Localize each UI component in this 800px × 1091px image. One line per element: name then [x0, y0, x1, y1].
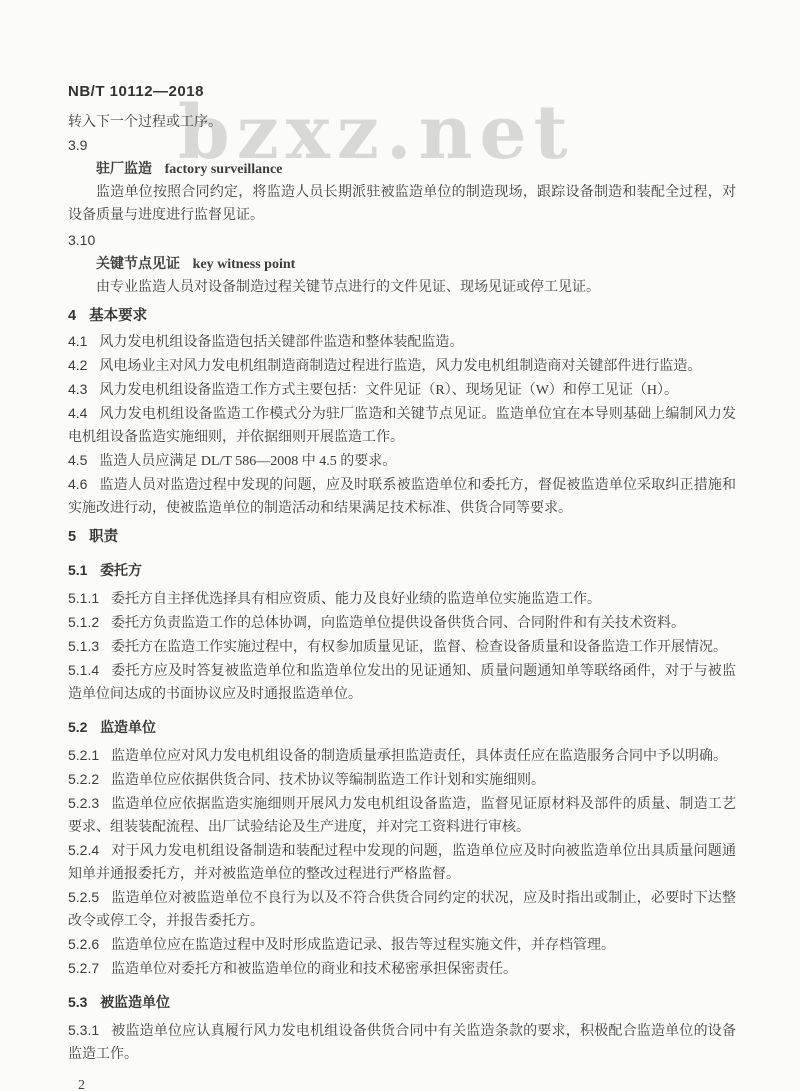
clause-number: 5.2.3	[68, 795, 99, 811]
term-number: 3.10	[68, 229, 736, 252]
clause-number: 5.1.4	[68, 662, 99, 678]
clause-5-2-6: 5.2.6监造单位应在监造过程中及时形成监造记录、报告等过程实施文件，并存档管理…	[68, 933, 736, 957]
clause-5-1-1: 5.1.1委托方自主择优选择具有相应资质、能力及良好业绩的监造单位实施监造工作。	[68, 587, 736, 611]
clause-number: 5.2.2	[68, 771, 99, 787]
clause-number: 4.1	[68, 333, 87, 349]
clause-5-2-2: 5.2.2监造单位应依据供货合同、技术协议等编制监造工作计划和实施细则。	[68, 768, 736, 792]
clause-4-4: 4.4风力发电机组设备监造工作模式分为驻厂监造和关键节点见证。监造单位宜在本导则…	[68, 402, 736, 449]
term-3-10: 3.10 关键节点见证key witness point 由专业监造人员对设备制…	[68, 229, 736, 299]
clause-text: 监造单位对委托方和被监造单位的商业和技术秘密承担保密责任。	[111, 962, 517, 977]
clause-4-2: 4.2风电场业主对风力发电机组制造商制造过程进行监造，风力发电机组制造商对关键部…	[68, 354, 736, 378]
clause-text: 监造单位应对风力发电机组设备的制造质量承担监造责任，具体责任应在监造服务合同中予…	[111, 749, 727, 764]
clause-text: 监造单位应依据监造实施细则开展风力发电机组设备监造，监督见证原材料及部件的质量、…	[68, 797, 736, 835]
clause-number: 5.2.6	[68, 936, 99, 952]
clause-number: 4.4	[68, 405, 87, 421]
doc-number-header: NB/T 10112—2018	[68, 80, 736, 103]
term-title-en: factory surveillance	[165, 162, 283, 177]
term-title: 关键节点见证key witness point	[68, 252, 736, 276]
clause-text: 委托方应及时答复被监造单位和监造单位发出的见证通知、质量问题通知单等联络函件，对…	[68, 664, 736, 702]
clause-text: 风力发电机组设备监造包括关键部件监造和整体装配监造。	[99, 335, 463, 350]
subsection-title: 委托方	[100, 562, 142, 578]
section-number: 5	[68, 529, 76, 545]
section-5-heading: 5职责	[68, 526, 736, 549]
page-number: 2	[68, 1074, 736, 1091]
clause-number: 5.1.1	[68, 590, 99, 606]
clause-number: 4.2	[68, 357, 87, 373]
term-number: 3.9	[68, 134, 736, 157]
clause-5-2-1: 5.2.1监造单位应对风力发电机组设备的制造质量承担监造责任，具体责任应在监造服…	[68, 744, 736, 768]
clause-text: 委托方在监造工作实施过程中，有权参加质量见证，监督、检查设备质量和设备监造工作开…	[111, 640, 727, 655]
subsection-title: 监造单位	[100, 719, 156, 735]
section-title: 基本要求	[89, 308, 147, 324]
section-number: 4	[68, 308, 76, 324]
clause-text: 风力发电机组设备监造工作模式分为驻厂监造和关键节点见证。监造单位宜在本导则基础上…	[68, 407, 736, 445]
subsection-title: 被监造单位	[100, 994, 170, 1010]
clause-text: 委托方自主择优选择具有相应资质、能力及良好业绩的监造单位实施监造工作。	[111, 592, 601, 607]
clause-5-1-4: 5.1.4委托方应及时答复被监造单位和监造单位发出的见证通知、质量问题通知单等联…	[68, 659, 736, 706]
clause-4-1: 4.1风力发电机组设备监造包括关键部件监造和整体装配监造。	[68, 330, 736, 354]
clause-text: 监造单位应依据供货合同、技术协议等编制监造工作计划和实施细则。	[111, 773, 545, 788]
term-3-9: 3.9 驻厂监造factory surveillance 监造单位按照合同约定，…	[68, 134, 736, 227]
clause-text: 对于风力发电机组设备制造和装配过程中发现的问题，监造单位应及时向被监造单位出具质…	[68, 844, 736, 882]
subsection-number: 5.3	[68, 994, 87, 1010]
subsection-number: 5.1	[68, 562, 87, 578]
clause-text: 风电场业主对风力发电机组制造商制造过程进行监造，风力发电机组制造商对关键部件进行…	[99, 359, 701, 374]
clause-5-2-4: 5.2.4对于风力发电机组设备制造和装配过程中发现的问题，监造单位应及时向被监造…	[68, 839, 736, 886]
clause-text: 监造单位应在监造过程中及时形成监造记录、报告等过程实施文件，并存档管理。	[111, 938, 615, 953]
subsection-5-3-heading: 5.3被监造单位	[68, 991, 736, 1014]
clause-5-2-3: 5.2.3监造单位应依据监造实施细则开展风力发电机组设备监造，监督见证原材料及部…	[68, 792, 736, 839]
clause-5-1-3: 5.1.3委托方在监造工作实施过程中，有权参加质量见证，监督、检查设备质量和设备…	[68, 635, 736, 659]
subsection-5-2-heading: 5.2监造单位	[68, 716, 736, 739]
clause-number: 5.1.2	[68, 614, 99, 630]
clause-number: 4.6	[68, 476, 87, 492]
document-body: NB/T 10112—2018 转入下一个过程或工序。 3.9 驻厂监造fact…	[0, 0, 800, 1091]
clause-text: 监造人员对监造过程中发现的问题，应及时联系被监造单位和委托方，督促被监造单位采取…	[68, 478, 736, 516]
clause-number: 4.5	[68, 452, 87, 468]
subsection-number: 5.2	[68, 719, 87, 735]
clause-5-1-2: 5.1.2委托方负责监造工作的总体协调，向监造单位提供设备供货合同、合同附件和有…	[68, 611, 736, 635]
clause-5-2-5: 5.2.5监造单位对被监造单位不良行为以及不符合供货合同约定的状况，应及时指出或…	[68, 886, 736, 933]
clause-text: 监造单位对被监造单位不良行为以及不符合供货合同约定的状况，应及时指出或制止，必要…	[68, 891, 736, 929]
clause-number: 5.1.3	[68, 638, 99, 654]
clause-4-5: 4.5监造人员应满足 DL/T 586—2008 中 4.5 的要求。	[68, 449, 736, 473]
clause-number: 5.3.1	[68, 1022, 99, 1038]
clause-number: 5.2.1	[68, 747, 99, 763]
subsection-5-1-heading: 5.1委托方	[68, 559, 736, 582]
lead-paragraph: 转入下一个过程或工序。	[68, 111, 736, 134]
term-title-en: key witness point	[193, 257, 296, 272]
clause-number: 5.2.5	[68, 889, 99, 905]
term-title-zh: 关键节点见证	[96, 255, 180, 271]
clause-text: 被监造单位应认真履行风力发电机组设备供货合同中有关监造条款的要求，积极配合监造单…	[68, 1024, 736, 1062]
clause-5-2-7: 5.2.7监造单位对委托方和被监造单位的商业和技术秘密承担保密责任。	[68, 957, 736, 981]
clause-4-6: 4.6监造人员对监造过程中发现的问题，应及时联系被监造单位和委托方，督促被监造单…	[68, 473, 736, 520]
section-title: 职责	[89, 529, 118, 545]
clause-text: 委托方负责监造工作的总体协调，向监造单位提供设备供货合同、合同附件和有关技术资料…	[111, 616, 685, 631]
clause-4-3: 4.3风力发电机组设备监造工作方式主要包括：文件见证（R）、现场见证（W）和停工…	[68, 378, 736, 402]
term-definition: 由专业监造人员对设备制造过程关键节点进行的文件见证、现场见证或停工见证。	[68, 276, 736, 299]
clause-number: 5.2.4	[68, 842, 99, 858]
term-title: 驻厂监造factory surveillance	[68, 157, 736, 181]
clause-number: 5.2.7	[68, 960, 99, 976]
clause-text: 监造人员应满足 DL/T 586—2008 中 4.5 的要求。	[99, 454, 396, 469]
term-definition: 监造单位按照合同约定，将监造人员长期派驻被监造单位的制造现场，跟踪设备制造和装配…	[68, 181, 736, 227]
section-4-heading: 4基本要求	[68, 305, 736, 328]
clause-number: 4.3	[68, 381, 87, 397]
term-title-zh: 驻厂监造	[96, 160, 152, 176]
clause-5-3-1: 5.3.1被监造单位应认真履行风力发电机组设备供货合同中有关监造条款的要求，积极…	[68, 1019, 736, 1066]
clause-text: 风力发电机组设备监造工作方式主要包括：文件见证（R）、现场见证（W）和停工见证（…	[99, 383, 678, 398]
document-page: { "header": { "doc_number": "NB/T 10112—…	[0, 0, 800, 1091]
